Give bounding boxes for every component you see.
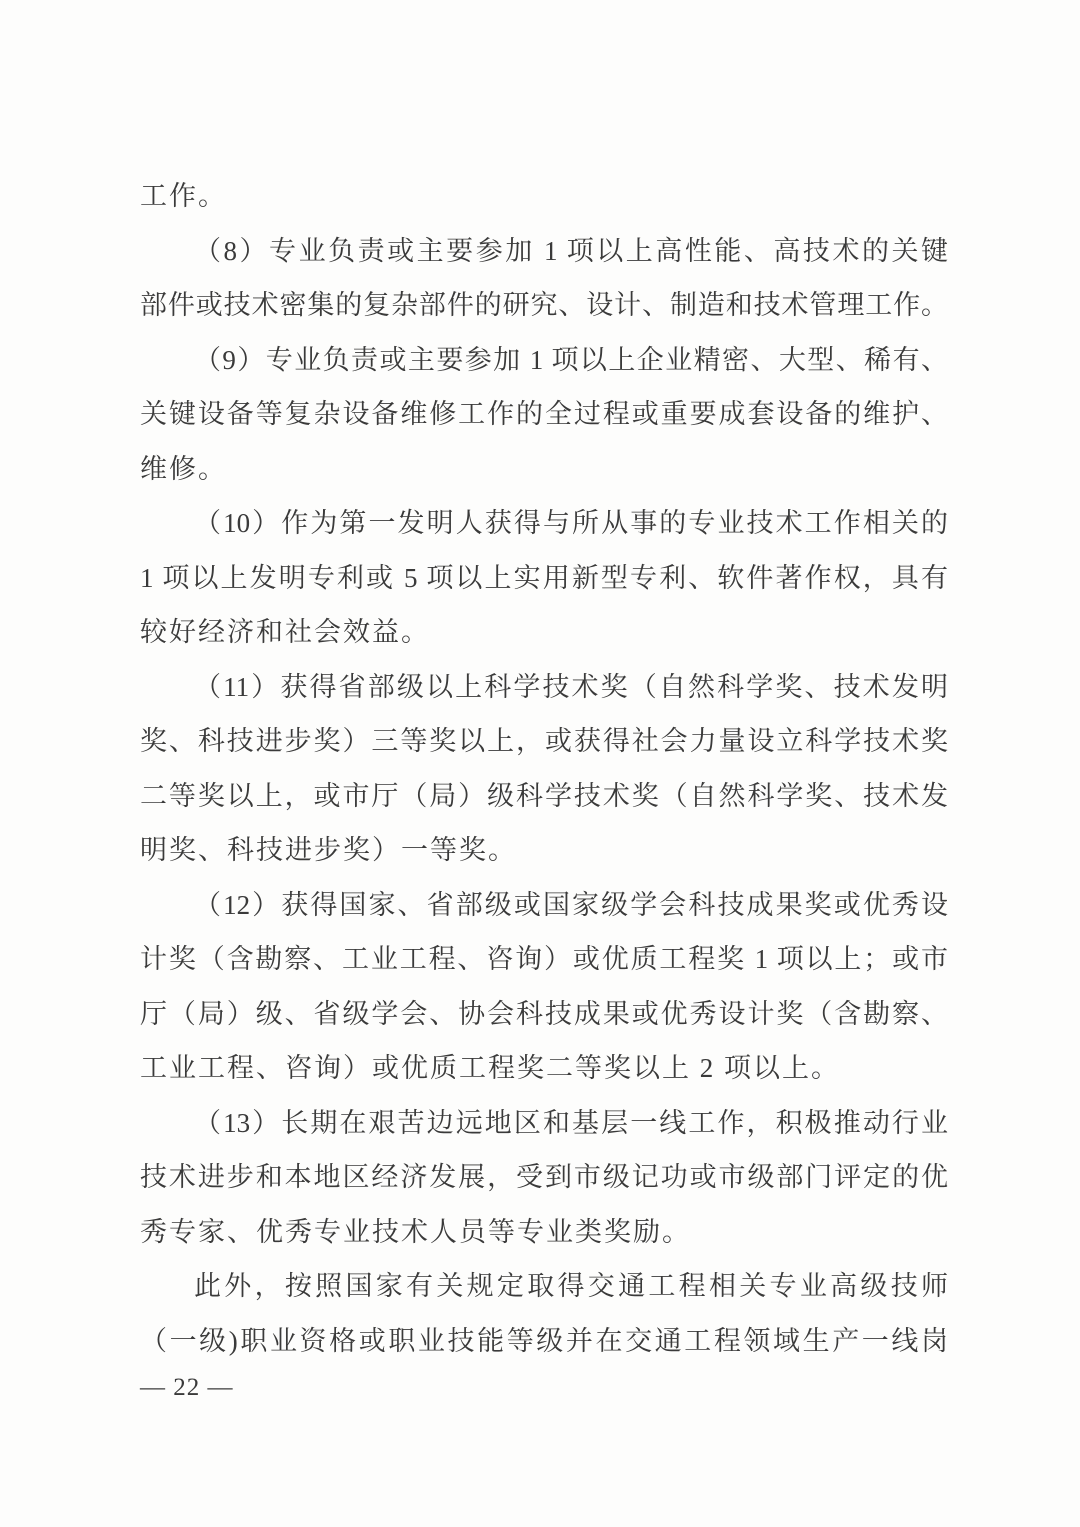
text-line: （一级)职业资格或职业技能等级并在交通工程领域生产一线岗 [140, 1314, 948, 1369]
text-line: （13）长期在艰苦边远地区和基层一线工作，积极推动行业 [140, 1096, 948, 1151]
document-body: 工作。（8）专业负责或主要参加 1 项以上高性能、高技术的关键部件或技术密集的复… [140, 169, 948, 1368]
text-line: 计奖（含勘察、工业工程、咨询）或优质工程奖 1 项以上；或市 [140, 932, 948, 987]
text-line: （12）获得国家、省部级或国家级学会科技成果奖或优秀设 [140, 878, 948, 933]
text-line: 较好经济和社会效益。 [140, 605, 948, 660]
page-number: — 22 — [140, 1374, 234, 1402]
text-line: （9）专业负责或主要参加 1 项以上企业精密、大型、稀有、 [140, 333, 948, 388]
text-line: 1 项以上发明专利或 5 项以上实用新型专利、软件著作权，具有 [140, 551, 948, 606]
text-line: 明奖、科技进步奖）一等奖。 [140, 823, 948, 878]
text-line: 此外，按照国家有关规定取得交通工程相关专业高级技师 [140, 1259, 948, 1314]
text-line: 工作。 [140, 169, 948, 224]
text-line: （8）专业负责或主要参加 1 项以上高性能、高技术的关键 [140, 224, 948, 279]
text-line: 工业工程、咨询）或优质工程奖二等奖以上 2 项以上。 [140, 1041, 948, 1096]
text-line: 奖、科技进步奖）三等奖以上，或获得社会力量设立科学技术奖 [140, 714, 948, 769]
text-line: （11）获得省部级以上科学技术奖（自然科学奖、技术发明 [140, 660, 948, 715]
text-line: 关键设备等复杂设备维修工作的全过程或重要成套设备的维护、 [140, 387, 948, 442]
text-line: 技术进步和本地区经济发展，受到市级记功或市级部门评定的优 [140, 1150, 948, 1205]
text-line: 维修。 [140, 442, 948, 497]
text-line: 部件或技术密集的复杂部件的研究、设计、制造和技术管理工作。 [140, 278, 948, 333]
text-line: 二等奖以上，或市厅（局）级科学技术奖（自然科学奖、技术发 [140, 769, 948, 824]
text-line: 秀专家、优秀专业技术人员等专业类奖励。 [140, 1205, 948, 1260]
text-line: （10）作为第一发明人获得与所从事的专业技术工作相关的 [140, 496, 948, 551]
document-page: 工作。（8）专业负责或主要参加 1 项以上高性能、高技术的关键部件或技术密集的复… [0, 0, 1080, 1527]
text-line: 厅（局）级、省级学会、协会科技成果或优秀设计奖（含勘察、 [140, 987, 948, 1042]
